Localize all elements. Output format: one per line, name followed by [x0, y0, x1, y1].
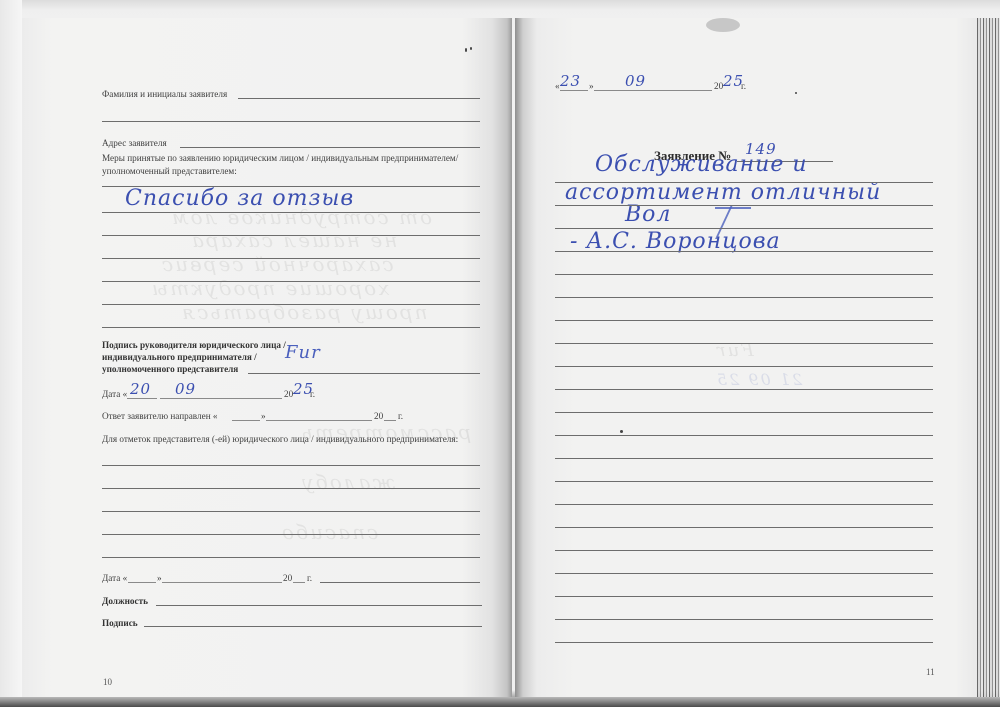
statement-line[interactable]: [555, 274, 933, 275]
footer-signature-label: Подпись: [102, 618, 138, 629]
date-year-end: г.: [310, 389, 315, 400]
measures-line[interactable]: [102, 212, 480, 213]
right-date-open-quote: «: [555, 81, 560, 92]
applicant-name-field-cont[interactable]: [102, 121, 480, 122]
notes-line[interactable]: [102, 534, 480, 535]
statement-line[interactable]: [555, 527, 933, 528]
measures-label-cont: уполномоченный представителем:: [102, 166, 237, 177]
notes-line[interactable]: [102, 557, 480, 558]
statement-line[interactable]: [555, 366, 933, 367]
footer-date-mid: »: [157, 573, 162, 584]
footer-date-day-field[interactable]: [128, 582, 156, 583]
bleed-through-text: 21 09 25: [715, 370, 802, 389]
page-number: 10: [103, 677, 112, 687]
scan-smudge: [706, 18, 740, 32]
footer-date-label: Дата «: [102, 573, 127, 584]
applicant-address-field[interactable]: [180, 147, 480, 148]
statement-signature-stroke: [715, 207, 751, 209]
footer-date-end: г.: [307, 573, 312, 584]
scan-speck: [465, 48, 467, 52]
position-field[interactable]: [156, 605, 482, 606]
page-number: 11: [926, 667, 935, 677]
footer-date-year-field[interactable]: [293, 582, 305, 583]
answer-sent-year: 20: [374, 411, 383, 422]
statement-line[interactable]: [555, 389, 933, 390]
notes-label: Для отметок представителя (-ей) юридичес…: [102, 434, 458, 445]
answer-month-field[interactable]: [266, 420, 372, 421]
measures-line[interactable]: [102, 235, 480, 236]
answer-sent-label: Ответ заявителю направлен «: [102, 411, 218, 422]
notes-line[interactable]: [102, 465, 480, 466]
page-edges: [977, 18, 1000, 707]
scan-speck: [795, 92, 797, 94]
statement-line[interactable]: [555, 343, 933, 344]
measures-line[interactable]: [102, 327, 480, 328]
signature-label-cont: уполномоченного представителя: [102, 364, 238, 375]
footer-date-month-field[interactable]: [162, 582, 282, 583]
statement-line[interactable]: [555, 251, 933, 252]
statement-line[interactable]: [555, 320, 933, 321]
answer-day-field[interactable]: [232, 420, 260, 421]
right-date-year-end: г.: [741, 81, 746, 92]
bleed-through-text: сахарочной сервис: [160, 252, 394, 276]
footer-date-year: 20: [283, 573, 292, 584]
measures-line[interactable]: [102, 304, 480, 305]
notes-line[interactable]: [102, 488, 480, 489]
answer-year-field[interactable]: [384, 420, 396, 421]
statement-line[interactable]: [555, 228, 933, 229]
statement-line[interactable]: [555, 412, 933, 413]
bleed-through-text: хорошие продукты: [150, 276, 389, 300]
date-month-field[interactable]: [160, 398, 282, 399]
footer-signature-field[interactable]: [144, 626, 482, 627]
notes-line[interactable]: [102, 511, 480, 512]
signature-label-cont: индивидуального предпринимателя /: [102, 352, 257, 363]
date-day-field[interactable]: [127, 398, 157, 399]
applicant-name-field[interactable]: [238, 98, 480, 99]
statement-line[interactable]: [555, 642, 933, 643]
statement-line[interactable]: [555, 435, 933, 436]
applicant-address-label: Адрес заявителя: [102, 138, 167, 149]
statement-line[interactable]: [555, 619, 933, 620]
date-month-value: 09: [175, 380, 196, 398]
right-date-day-value: 23: [560, 72, 581, 90]
right-date-day-field[interactable]: [560, 90, 588, 91]
applicant-name-label: Фамилия и инициалы заявителя: [102, 89, 227, 100]
right-date-close-quote: »: [589, 81, 594, 92]
date-day-value: 20: [130, 380, 151, 398]
statement-line[interactable]: [555, 504, 933, 505]
scanner-shadow: [0, 697, 1000, 707]
measures-line[interactable]: [102, 258, 480, 259]
statement-text: Обслуживание и: [595, 152, 808, 177]
answer-sent-end: г.: [398, 411, 403, 422]
date-year-prefix: 20: [284, 389, 293, 400]
measures-handwritten-text: Спасибо за отзыв: [125, 186, 354, 211]
answer-sent-mid: »: [261, 411, 266, 422]
statement-line[interactable]: [555, 458, 933, 459]
right-date-month-value: 09: [625, 72, 646, 90]
head-signature: Fur: [285, 342, 321, 363]
bleed-through-text: не нашел сахара: [190, 228, 397, 252]
scan-speck: [620, 430, 623, 433]
bleed-through-text: спасибо: [280, 520, 378, 544]
bleed-through-text: жалобу: [300, 470, 395, 494]
date-label: Дата «: [102, 389, 127, 400]
measures-label: Меры принятые по заявлению юридическим л…: [102, 153, 458, 164]
right-date-year-prefix: 20: [714, 81, 723, 92]
signature-field[interactable]: [248, 373, 480, 374]
statement-line[interactable]: [555, 205, 933, 206]
scan-speck: [470, 47, 472, 50]
signature-label: Подпись руководителя юридического лица /: [102, 340, 286, 351]
statement-line[interactable]: [555, 596, 933, 597]
statement-line[interactable]: [555, 550, 933, 551]
measures-line[interactable]: [102, 281, 480, 282]
statement-text: ассортимент отличный: [565, 180, 881, 205]
right-date-month-field[interactable]: [594, 90, 712, 91]
footer-date-extra-field[interactable]: [320, 582, 480, 583]
statement-line[interactable]: [555, 297, 933, 298]
statement-line[interactable]: [555, 573, 933, 574]
position-label: Должность: [102, 596, 148, 607]
statement-line[interactable]: [555, 481, 933, 482]
scanner-margin: [0, 0, 22, 707]
statement-line[interactable]: [555, 182, 933, 183]
